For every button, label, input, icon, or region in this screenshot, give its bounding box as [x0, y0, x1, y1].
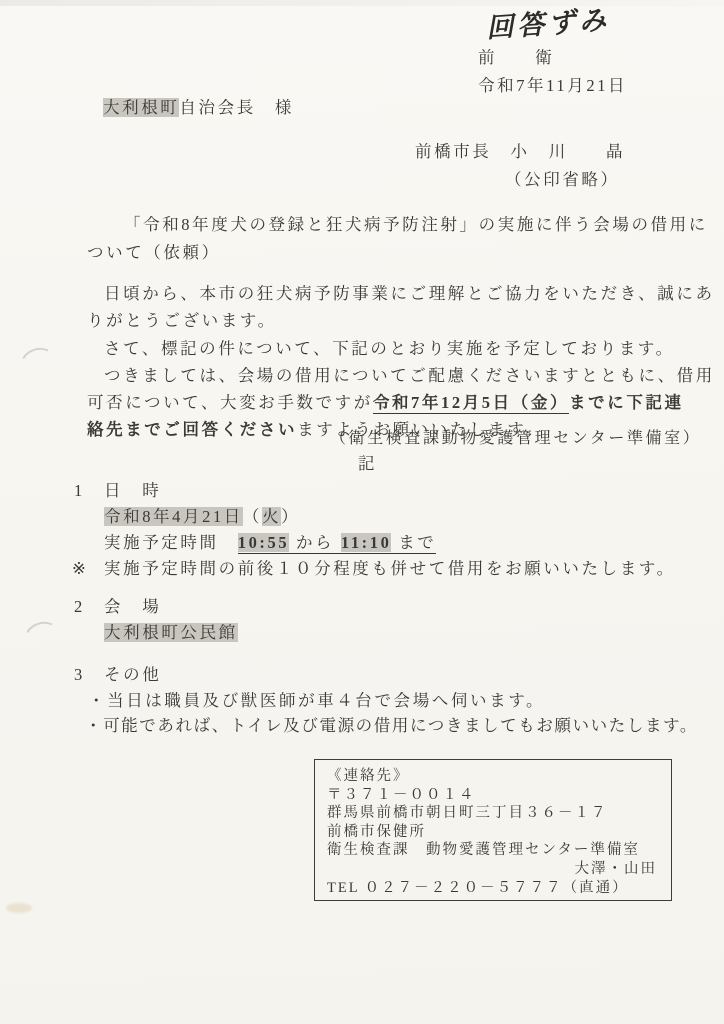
- kara-text: から: [289, 533, 341, 552]
- body-paragraph3-line1: つきましては、会場の借用についてご配慮くださいますとともに、借用: [104, 366, 715, 387]
- scan-edge-shade: [0, 0, 724, 6]
- contact-org-division: 衛生検査課 動物愛護管理センター準備室: [327, 841, 661, 860]
- section1-title: 日 時: [104, 481, 161, 502]
- event-weekday-highlight: 火: [262, 507, 281, 526]
- section2-title: 会 場: [104, 597, 161, 618]
- body-paragraph3-line2: 可否について、大変お手数ですが令和7年12月5日（金）までに下記連: [87, 393, 684, 414]
- event-time-line: 実施予定時間 10:55 から 11:10 まで: [104, 533, 436, 554]
- contact-address: 群馬県前橋市朝日町三丁目３６－１７: [327, 804, 661, 823]
- scan-artifact-smudge: [6, 903, 32, 913]
- event-date-highlight: 令和8年4月21日: [104, 507, 243, 526]
- seal-omitted-note: （公印省略）: [505, 170, 620, 191]
- weekday-paren-open: （: [243, 507, 262, 526]
- scan-artifact-arc-1: [16, 343, 63, 387]
- contact-org-health-center: 前橋市保健所: [327, 823, 661, 842]
- letter-date: 令和7年11月21日: [478, 76, 627, 97]
- section3-number: 3: [74, 665, 85, 686]
- scanned-letter-page: 回答ずみ 前 衛 令和7年11月21日 大利根町自治会長 様 前橋市長 小 川 …: [0, 0, 724, 1024]
- contact-phone: TEL ０２７－２２０－５７７７（直通）: [327, 879, 661, 898]
- venue-highlight: 大利根町公民館: [104, 623, 238, 642]
- deadline-prefix: 可否について、大変お手数ですが: [87, 393, 373, 412]
- section1-number: 1: [74, 481, 85, 502]
- distribution-code: 前 衛: [478, 48, 554, 69]
- note-asterisk-mark: ※: [72, 559, 88, 580]
- section3-item1: ・当日は職員及び獣医師が車４台で会場へ伺います。: [88, 691, 545, 712]
- time-range-underline: 10:55 から 11:10 まで: [238, 533, 437, 554]
- deadline-suffix: までに下記連: [569, 393, 684, 412]
- contact-persons: 大澤・山田: [327, 860, 661, 879]
- body-paragraph1-line2: りがとうございます。: [87, 311, 277, 332]
- body-paragraph1-line1: 日頃から、本市の狂犬病予防事業にご理解とご協力をいただき、誠にあ: [104, 284, 715, 305]
- handwritten-reply-note: 回答ずみ: [485, 0, 611, 45]
- section3-item2: ・可能であれば、トイレ及び電源の借用につきましてもお願いいたします。: [85, 716, 698, 737]
- end-time-highlight: 11:10: [341, 533, 392, 552]
- department-note: （衛生検査課動物愛護管理センター準備室）: [330, 429, 701, 449]
- addressee-line: 大利根町自治会長 様: [103, 98, 294, 119]
- ki-record-mark: 記: [358, 454, 377, 475]
- reply-deadline-date: 令和7年12月5日（金）: [373, 393, 569, 414]
- sender-name: 前橋市長 小 川 晶: [415, 142, 625, 163]
- subject-line-1: 「令和8年度犬の登録と狂犬病予防注射」の実施に伴う会場の借用に: [124, 215, 708, 236]
- addressee-title: 自治会長 様: [179, 98, 294, 117]
- body-paragraph2: さて、標記の件について、下記のとおり実施を予定しております。: [104, 339, 675, 360]
- addressee-town-highlight: 大利根町: [103, 98, 179, 117]
- time-label: 実施予定時間: [104, 533, 219, 552]
- time-label-gap: [219, 533, 238, 552]
- contact-postal-code: 〒３７１－００１４: [327, 786, 661, 805]
- venue-line: 大利根町公民館: [104, 623, 238, 644]
- event-date-line: 令和8年4月21日（火）: [104, 507, 300, 528]
- contact-title: 《連絡先》: [327, 767, 661, 786]
- subject-line-2: ついて（依頼）: [87, 243, 221, 264]
- weekday-paren-close: ）: [281, 507, 300, 526]
- section1-note: 実施予定時間の前後１０分程度も併せて借用をお願いいたします。: [104, 559, 676, 580]
- section3-title: その他: [104, 665, 161, 686]
- section2-number: 2: [74, 597, 85, 618]
- start-time-highlight: 10:55: [238, 533, 290, 552]
- contact-info-box: 《連絡先》 〒３７１－００１４ 群馬県前橋市朝日町三丁目３６－１７ 前橋市保健所…: [314, 759, 672, 901]
- made-text: まで: [391, 533, 436, 552]
- reply-request-bold: 絡先までご回答ください: [87, 420, 297, 439]
- scan-artifact-arc-2: [20, 617, 67, 661]
